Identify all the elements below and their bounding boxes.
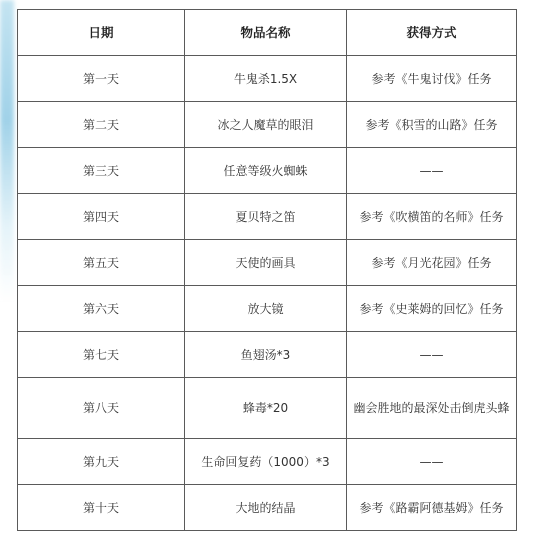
background-edge-glow [0, 0, 14, 300]
cell-method: —— [347, 148, 517, 194]
cell-item: 生命回复药（1000）*3 [185, 439, 347, 485]
cell-day: 第六天 [18, 286, 185, 332]
table-row: 第五天 天使的画具 参考《月光花园》任务 [18, 240, 517, 286]
cell-item: 蜂毒*20 [185, 378, 347, 439]
table-row: 第二天 冰之人魔草的眼泪 参考《积雪的山路》任务 [18, 102, 517, 148]
cell-day: 第十天 [18, 485, 185, 531]
cell-item: 天使的画具 [185, 240, 347, 286]
cell-method: —— [347, 332, 517, 378]
cell-method: 参考《积雪的山路》任务 [347, 102, 517, 148]
table-row: 第七天 鱼翅汤*3 —— [18, 332, 517, 378]
cell-item: 鱼翅汤*3 [185, 332, 347, 378]
cell-day: 第五天 [18, 240, 185, 286]
cell-item: 冰之人魔草的眼泪 [185, 102, 347, 148]
table-row: 第十天 大地的结晶 参考《路霸阿德基姆》任务 [18, 485, 517, 531]
cell-method: 参考《牛鬼讨伐》任务 [347, 56, 517, 102]
table-header-row: 日期 物品名称 获得方式 [18, 10, 517, 56]
cell-item: 牛鬼杀1.5X [185, 56, 347, 102]
cell-day: 第三天 [18, 148, 185, 194]
cell-method: —— [347, 439, 517, 485]
cell-day: 第四天 [18, 194, 185, 240]
header-item-name: 物品名称 [185, 10, 347, 56]
table-row: 第六天 放大镜 参考《史莱姆的回忆》任务 [18, 286, 517, 332]
table-row: 第三天 任意等级火蜘蛛 —— [18, 148, 517, 194]
cell-day: 第八天 [18, 378, 185, 439]
cell-item: 大地的结晶 [185, 485, 347, 531]
cell-method: 参考《月光花园》任务 [347, 240, 517, 286]
table-row: 第一天 牛鬼杀1.5X 参考《牛鬼讨伐》任务 [18, 56, 517, 102]
cell-day: 第七天 [18, 332, 185, 378]
table-row: 第四天 夏贝特之笛 参考《吹横笛的名师》任务 [18, 194, 517, 240]
cell-day: 第一天 [18, 56, 185, 102]
cell-method: 参考《吹横笛的名师》任务 [347, 194, 517, 240]
cell-item: 放大镜 [185, 286, 347, 332]
cell-method: 参考《路霸阿德基姆》任务 [347, 485, 517, 531]
cell-method: 参考《史莱姆的回忆》任务 [347, 286, 517, 332]
header-date: 日期 [18, 10, 185, 56]
table-row: 第九天 生命回复药（1000）*3 —— [18, 439, 517, 485]
cell-day: 第二天 [18, 102, 185, 148]
table-row: 第八天 蜂毒*20 幽会胜地的最深处击倒虎头蜂 [18, 378, 517, 439]
cell-item: 夏贝特之笛 [185, 194, 347, 240]
cell-item: 任意等级火蜘蛛 [185, 148, 347, 194]
header-obtain-method: 获得方式 [347, 10, 517, 56]
cell-method: 幽会胜地的最深处击倒虎头蜂 [347, 378, 517, 439]
cell-day: 第九天 [18, 439, 185, 485]
daily-items-table: 日期 物品名称 获得方式 第一天 牛鬼杀1.5X 参考《牛鬼讨伐》任务 第二天 … [17, 9, 517, 531]
